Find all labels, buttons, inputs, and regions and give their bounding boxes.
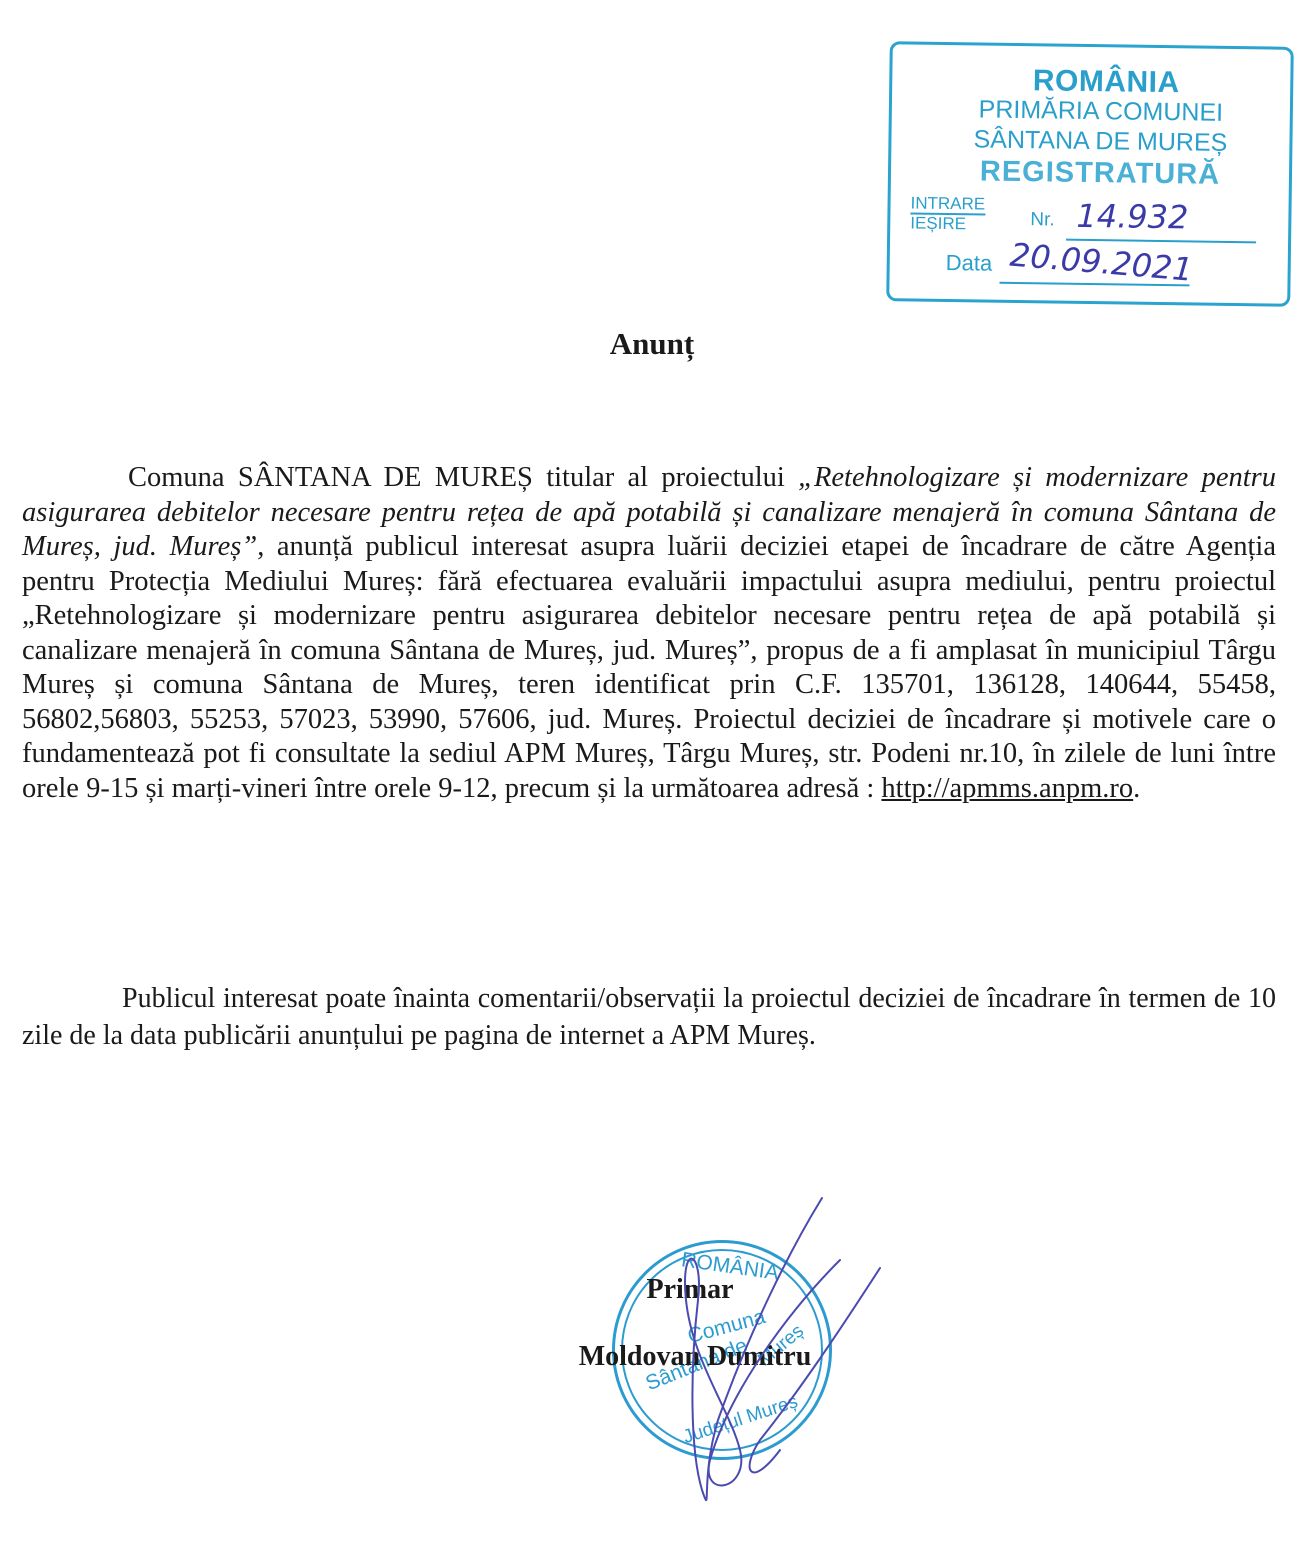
- document-title: Anunț: [0, 326, 1304, 362]
- seal-bottom-text: Județul Mureș: [681, 1391, 801, 1449]
- registry-stamp: ROMÂNIA PRIMĂRIA COMUNEI SÂNTANA DE MURE…: [886, 41, 1294, 307]
- stamp-number-label: Nr.: [1030, 209, 1055, 231]
- apm-website-link[interactable]: http://apmms.anpm.ro: [881, 773, 1133, 804]
- stamp-date-value: 20.09.2021: [1009, 236, 1195, 289]
- stamp-direction: INTRARE IEȘIRE: [910, 194, 985, 233]
- stamp-institution: PRIMĂRIA COMUNEI: [892, 94, 1290, 129]
- signatory-role: Primar: [600, 1274, 780, 1306]
- stamp-department: REGISTRATURĂ: [891, 154, 1289, 193]
- signatory-name: Moldovan Dumitru: [545, 1341, 845, 1373]
- announcement-paragraph: Comuna SÂNTANA DE MUREȘ titular al proie…: [22, 461, 1276, 806]
- stamp-direction-in: INTRARE: [910, 194, 985, 215]
- stamp-locality: SÂNTANA DE MUREȘ: [891, 124, 1289, 159]
- stamp-number-value: 14.932: [1076, 197, 1188, 237]
- stamp-date-label: Data: [946, 250, 993, 277]
- paragraph-end: .: [1133, 773, 1140, 804]
- paragraph-intro: Comuna SÂNTANA DE MUREȘ titular al proie…: [128, 462, 798, 493]
- comments-paragraph: Publicul interesat poate înainta comenta…: [22, 980, 1276, 1054]
- stamp-direction-out: IEȘIRE: [910, 213, 966, 233]
- paragraph-body: , anunță publicul interesat asupra luări…: [22, 531, 1276, 804]
